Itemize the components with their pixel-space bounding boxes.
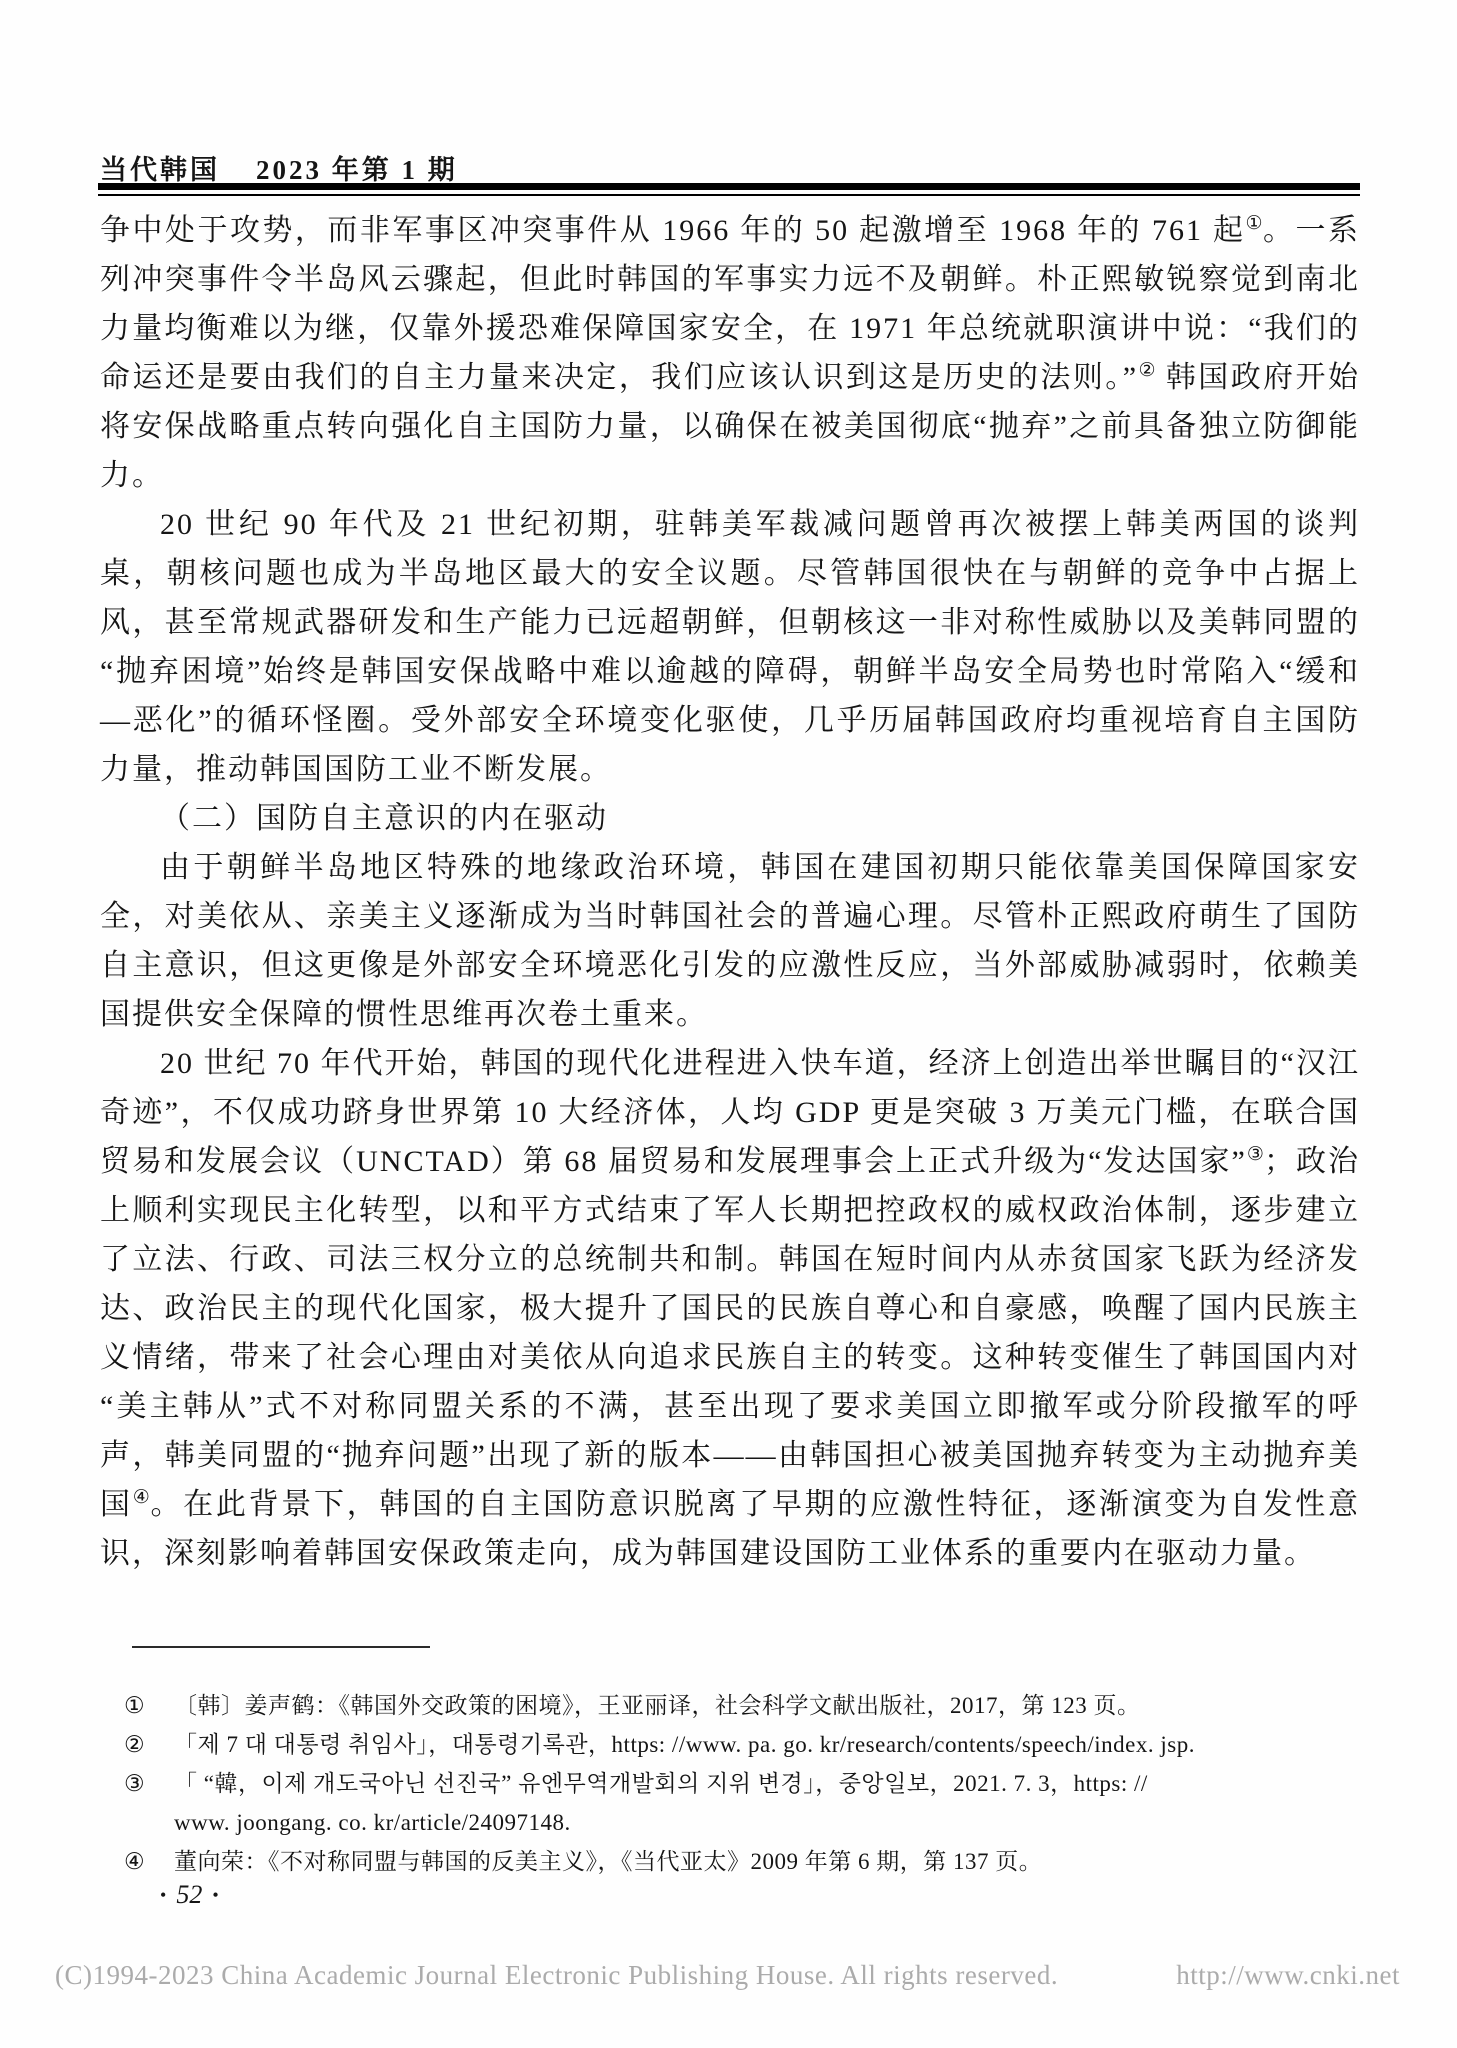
footnote-number: ④ <box>124 1842 174 1881</box>
footnote-text: 董向荣：《不对称同盟与韩国的反美主义》，《当代亚太》2009 年第 6 期，第 … <box>174 1842 1362 1881</box>
footnote-line: 「 “韓，이제 개도국아닌 선진국” 유엔무역개발회의 지위 변경」，중앙일보，… <box>174 1764 1362 1803</box>
footnote-marker: ③ <box>1247 1144 1264 1165</box>
footnote-list: ①〔韩〕姜声鹤：《韩国外交政策的困境》，王亚丽译，社会科学文献出版社，2017，… <box>100 1686 1362 1881</box>
footnote-marker: ② <box>1138 360 1156 381</box>
footnote-line: 「제 7 대 대통령 취임사」，대통령기록관，https: //www. pa.… <box>174 1725 1362 1764</box>
footnote-text: 「제 7 대 대통령 취임사」，대통령기록관，https: //www. pa.… <box>174 1725 1362 1764</box>
section-heading: （二）国防自主意识的内在驱动 <box>100 794 1360 843</box>
paragraph: 20 世纪 90 年代及 21 世纪初期，驻韩美军裁减问题曾再次被摆上韩美两国的… <box>100 500 1360 794</box>
paragraph-text: ；政治上顺利实现民主化转型，以和平方式结束了军人长期把控政权的威权政治体制，逐步… <box>100 1145 1360 1521</box>
journal-page: 当代韩国2023 年第 1 期 争中处于攻势，而非军事区冲突事件从 1966 年… <box>0 0 1457 2048</box>
footnote-number: ① <box>124 1686 174 1725</box>
paragraph-text: 争中处于攻势，而非军事区冲突事件从 1966 年的 50 起激增至 1968 年… <box>100 214 1246 247</box>
watermark-url: http://www.cnki.net <box>1176 1960 1400 1991</box>
footnote-number: ③ <box>124 1764 174 1803</box>
page-number-dot-right: • <box>212 1885 218 1905</box>
paragraph: 争中处于攻势，而非军事区冲突事件从 1966 年的 50 起激增至 1968 年… <box>100 206 1360 500</box>
page-number-value: 52 <box>176 1880 202 1909</box>
journal-title: 当代韩国 <box>100 155 220 185</box>
footnotes-section: ①〔韩〕姜声鹤：《韩国外交政策的困境》，王亚丽译，社会科学文献出版社，2017，… <box>100 1686 1362 1881</box>
article-body: 争中处于攻势，而非军事区冲突事件从 1966 年的 50 起激增至 1968 年… <box>100 206 1360 1578</box>
paragraph-text: 。在此背景下，韩国的自主国防意识脱离了早期的应激性特征，逐渐演变为自发性意识，深… <box>100 1488 1360 1570</box>
footnote-marker: ④ <box>133 1487 151 1508</box>
page-number-dot-left: • <box>160 1885 166 1905</box>
watermark: (C)1994-2023 China Academic Journal Elec… <box>55 1960 1400 1991</box>
header-rule-thin <box>98 194 1360 196</box>
footnote-item: ③「 “韓，이제 개도국아닌 선진국” 유엔무역개발회의 지위 변경」，중앙일보… <box>100 1764 1362 1842</box>
article-paragraphs: 争中处于攻势，而非军事区冲突事件从 1966 年的 50 起激增至 1968 年… <box>100 206 1360 1578</box>
footnote-line: www. joongang. co. kr/article/24097148. <box>174 1803 1362 1842</box>
footnote-line: 〔韩〕姜声鹤：《韩国外交政策的困境》，王亚丽译，社会科学文献出版社，2017，第… <box>174 1686 1362 1725</box>
footnote-item: ②「제 7 대 대통령 취임사」，대통령기록관，https: //www. pa… <box>100 1725 1362 1764</box>
footnote-separator <box>132 1646 430 1648</box>
watermark-copyright: (C)1994-2023 China Academic Journal Elec… <box>55 1960 1058 1991</box>
footnote-item: ④董向荣：《不对称同盟与韩国的反美主义》，《当代亚太》2009 年第 6 期，第… <box>100 1842 1362 1881</box>
journal-issue: 2023 年第 1 期 <box>256 155 458 185</box>
page-header: 当代韩国2023 年第 1 期 <box>100 148 458 187</box>
footnote-marker: ① <box>1246 213 1264 234</box>
paragraph-text: 由于朝鲜半岛地区特殊的地缘政治环境，韩国在建国初期只能依靠美国保障国家安全，对美… <box>100 851 1360 1031</box>
paragraph: 由于朝鲜半岛地区特殊的地缘政治环境，韩国在建国初期只能依靠美国保障国家安全，对美… <box>100 843 1360 1039</box>
paragraph: 20 世纪 70 年代开始，韩国的现代化进程进入快车道，经济上创造出举世瞩目的“… <box>100 1039 1360 1578</box>
footnote-text: 「 “韓，이제 개도국아닌 선진국” 유엔무역개발회의 지위 변경」，중앙일보，… <box>174 1764 1362 1842</box>
footnote-line: 董向荣：《不对称同盟与韩国的反美主义》，《当代亚太》2009 年第 6 期，第 … <box>174 1842 1362 1881</box>
footnote-number: ② <box>124 1725 174 1764</box>
paragraph-text: 20 世纪 90 年代及 21 世纪初期，驻韩美军裁减问题曾再次被摆上韩美两国的… <box>100 508 1360 786</box>
footnote-item: ①〔韩〕姜声鹤：《韩国外交政策的困境》，王亚丽译，社会科学文献出版社，2017，… <box>100 1686 1362 1725</box>
page-number: •52• <box>150 1880 229 1910</box>
header-rule-thick <box>98 183 1360 190</box>
paragraph-text: 20 世纪 70 年代开始，韩国的现代化进程进入快车道，经济上创造出举世瞩目的“… <box>100 1047 1360 1178</box>
paragraph-text: （二）国防自主意识的内在驱动 <box>160 802 608 835</box>
footnote-text: 〔韩〕姜声鹤：《韩国外交政策的困境》，王亚丽译，社会科学文献出版社，2017，第… <box>174 1686 1362 1725</box>
